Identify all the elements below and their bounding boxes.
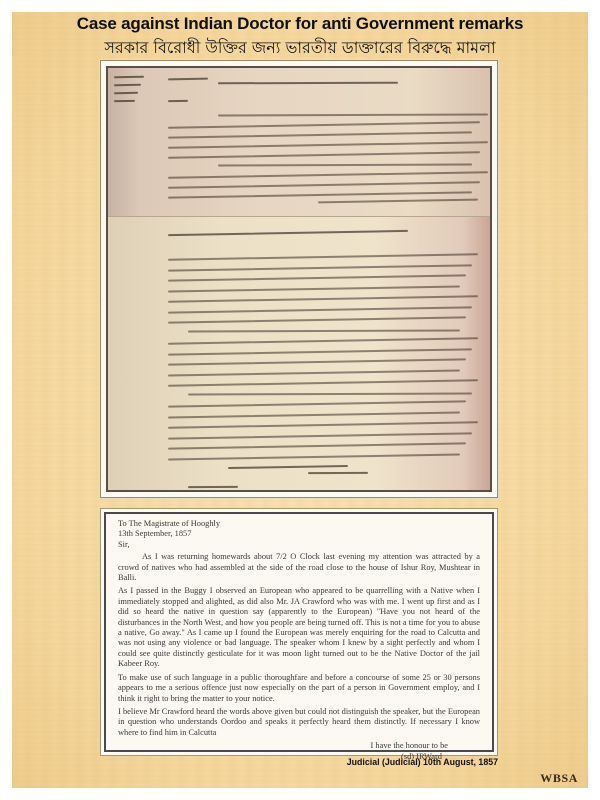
manuscript-image xyxy=(106,66,492,492)
page-title-bengali: সরকার বিরোধী উক্তির জন্য ভারতীয় ডাক্তার… xyxy=(0,35,600,62)
source-caption: Judicial (Judicial) 10th August, 1857 xyxy=(262,757,498,767)
handwriting-stroke xyxy=(168,100,188,102)
transcript-frame: To The Magistrate of Hooghly 13th Septem… xyxy=(100,508,498,756)
transcript-closing: I have the honour to be xyxy=(118,741,448,751)
transcript-paragraph: To make use of such language in a public… xyxy=(118,673,480,704)
transcript-addressee: To The Magistrate of Hooghly xyxy=(118,519,480,529)
handwriting-stroke xyxy=(114,100,135,102)
handwriting-stroke xyxy=(188,329,460,332)
handwriting-stroke xyxy=(188,392,472,395)
archive-mark: WBSA xyxy=(540,771,578,786)
transcript-paragraph: As I passed in the Buggy I observed an E… xyxy=(118,586,480,669)
handwriting-stroke xyxy=(188,486,238,488)
handwriting-stroke xyxy=(308,472,368,474)
page-title-english: Case against Indian Doctor for anti Gove… xyxy=(0,14,600,34)
transcript-date: 13th September, 1857 xyxy=(118,529,480,539)
manuscript-image-frame xyxy=(100,60,498,498)
handwriting-stroke xyxy=(114,92,138,94)
transcript-text: To The Magistrate of Hooghly 13th Septem… xyxy=(104,512,494,752)
transcript-paragraph: I believe Mr Crawford heard the words ab… xyxy=(118,707,480,738)
transcript-paragraph: As I was returning homewards about 7/2 O… xyxy=(118,552,480,583)
transcript-salutation: Sir, xyxy=(118,540,480,550)
